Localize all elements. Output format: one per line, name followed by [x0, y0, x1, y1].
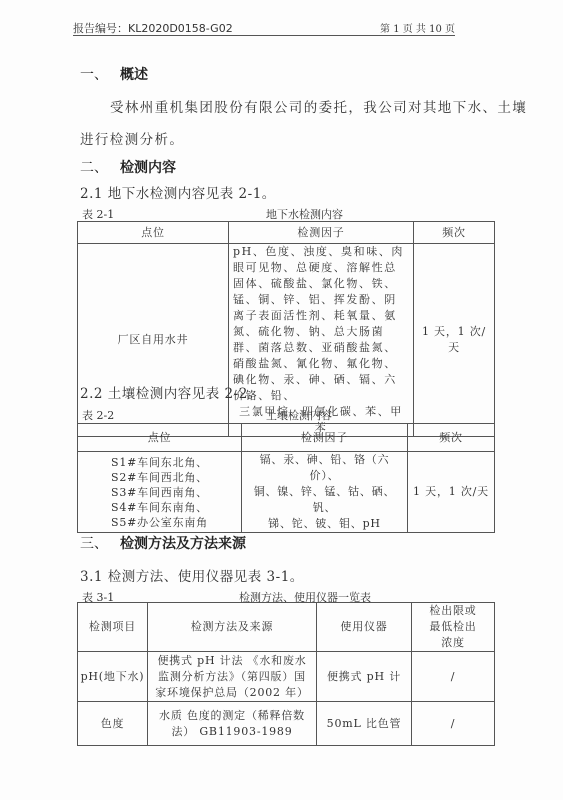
- header-instrument: 使用仪器: [317, 603, 412, 652]
- subsection-2-1: 2.1 地下水检测内容见表 2-1。: [80, 182, 276, 202]
- factors-line-2: 铜、镍、锌、锰、钴、硒、钒、: [245, 484, 404, 516]
- cell-limit: /: [412, 702, 495, 746]
- section-1-body-line2: 进行检测分析。: [80, 128, 184, 148]
- table-2-1-label: 表 2-1: [82, 206, 114, 222]
- section-3-title: 检测方法及方法来源: [120, 536, 246, 552]
- header-frequency: 频次: [408, 424, 495, 452]
- section-1-heading: 一、概述: [80, 64, 148, 84]
- header-method: 检测方法及来源: [148, 603, 317, 652]
- cell-instrument: 50mL 比色管: [317, 702, 412, 746]
- table-2-2: 点位 检测因子 频次 S1#车间东北角、 S2#车间西北角、 S3#车间西南角、…: [77, 423, 495, 533]
- report-number-value: KL2020D0158-G02: [128, 22, 233, 35]
- section-1-number: 一、: [80, 64, 120, 84]
- subsection-2-2: 2.2 土壤检测内容见表 2-2。: [80, 382, 262, 402]
- cell-method: 便携式 pH 计法 《水和废水监测分析方法》（第四版）国家环境保护总局（2002…: [148, 652, 317, 702]
- report-number-label: 报告编号：: [73, 22, 128, 35]
- table-row: 色度 水质 色度的测定（稀释倍数法） GB11903-1989 50mL 比色管…: [78, 702, 495, 746]
- section-1-body-line1: 受林州重机集团股份有限公司的委托，我公司对其地下水、土壤: [110, 96, 527, 116]
- location-s4: S4#车间东南角、: [81, 500, 238, 515]
- table-2-2-title: 土壤检测内容: [266, 407, 332, 423]
- table-3-1: 检测项目 检测方法及来源 使用仪器 检出限或最低检出浓度 pH(地下水) 便携式…: [77, 602, 495, 746]
- section-1-title: 概述: [120, 67, 148, 83]
- location-s5: S5#办公室东南角: [81, 515, 238, 530]
- section-3-heading: 三、检测方法及方法来源: [80, 533, 246, 553]
- header-factors: 检测因子: [229, 222, 414, 244]
- page-header: 报告编号：KL2020D0158-G02 第 1 页 共 10 页: [73, 19, 455, 36]
- report-number: 报告编号：KL2020D0158-G02: [73, 20, 233, 36]
- cell-frequency: 1 天，1 次/天: [414, 244, 495, 437]
- location-s2: S2#车间西北角、: [81, 470, 238, 485]
- table-2-1-title: 地下水检测内容: [266, 206, 343, 222]
- cell-method: 水质 色度的测定（稀释倍数法） GB11903-1989: [148, 702, 317, 746]
- cell-frequency: 1 天，1 次/天: [408, 452, 495, 533]
- cell-instrument: 便携式 pH 计: [317, 652, 412, 702]
- cell-item: 色度: [78, 702, 148, 746]
- section-2-number: 二、: [80, 157, 120, 177]
- factors-line-1: 镉、汞、砷、铅、铬（六价）、: [245, 452, 404, 484]
- cell-locations: S1#车间东北角、 S2#车间西北角、 S3#车间西南角、 S4#车间东南角、 …: [78, 452, 242, 533]
- subsection-3-1: 3.1 检测方法、使用仪器见表 3-1。: [80, 565, 304, 585]
- header-location: 点位: [78, 424, 242, 452]
- cell-limit: /: [412, 652, 495, 702]
- section-2-heading: 二、检测内容: [80, 157, 176, 177]
- section-3-number: 三、: [80, 533, 120, 553]
- cell-item: pH(地下水): [78, 652, 148, 702]
- table-2-1: 点位 检测因子 频次 厂区自用水井 pH、色度、浊度、臭和味、肉眼可见物、总硬度…: [77, 221, 495, 437]
- header-factors: 检测因子: [242, 424, 408, 452]
- table-header-row: 点位 检测因子 频次: [78, 222, 495, 244]
- header-location: 点位: [78, 222, 229, 244]
- table-2-2-label: 表 2-2: [82, 407, 114, 423]
- table-row: S1#车间东北角、 S2#车间西北角、 S3#车间西南角、 S4#车间东南角、 …: [78, 452, 495, 533]
- header-item: 检测项目: [78, 603, 148, 652]
- cell-factors: 镉、汞、砷、铅、铬（六价）、 铜、镍、锌、锰、钴、硒、钒、 锑、铊、铍、钼、pH: [242, 452, 408, 533]
- table-row: pH(地下水) 便携式 pH 计法 《水和废水监测分析方法》（第四版）国家环境保…: [78, 652, 495, 702]
- table-header-row: 检测项目 检测方法及来源 使用仪器 检出限或最低检出浓度: [78, 603, 495, 652]
- page-info: 第 1 页 共 10 页: [380, 20, 455, 35]
- header-frequency: 频次: [414, 222, 495, 244]
- factors-line-3: 锑、铊、铍、钼、pH: [245, 516, 404, 532]
- location-s3: S3#车间西南角、: [81, 485, 238, 500]
- table-header-row: 点位 检测因子 频次: [78, 424, 495, 452]
- header-limit: 检出限或最低检出浓度: [412, 603, 495, 652]
- location-s1: S1#车间东北角、: [81, 455, 238, 470]
- section-2-title: 检测内容: [120, 160, 176, 176]
- factors-text: pH、色度、浊度、臭和味、肉眼可见物、总硬度、溶解性总固体、硫酸盐、氯化物、铁、…: [233, 245, 404, 402]
